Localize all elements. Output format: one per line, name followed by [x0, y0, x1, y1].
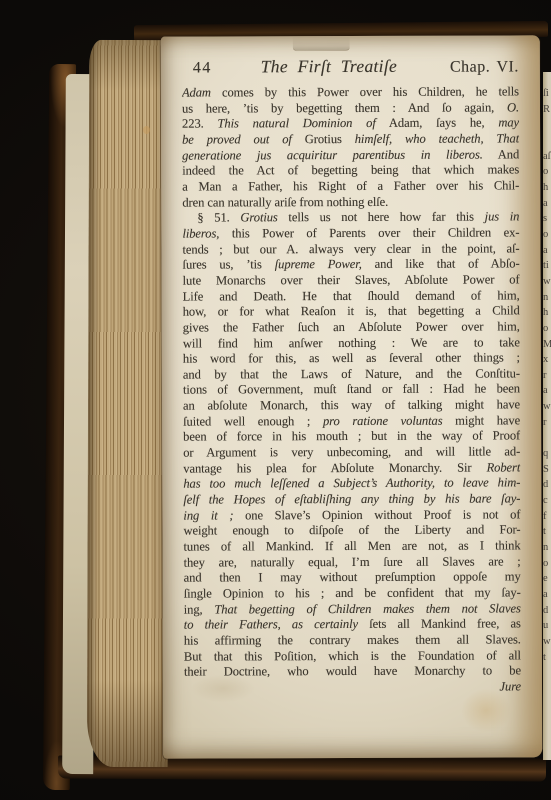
catchword: Jure [184, 679, 521, 696]
text-line: 223. This natural Dominion of Adam, ſays… [182, 116, 519, 133]
foxing-spot [143, 126, 150, 134]
edge-letter-fragment [543, 117, 551, 133]
italic-text-segment: jus in [485, 210, 520, 224]
text-segment: But that this Poſition, which is the Fou… [184, 648, 521, 663]
page-header: 44 The Firſt Treatiſe Chap. VI. [182, 55, 519, 77]
text-segment: ſingle Opinion to his ; and be confident… [184, 585, 521, 600]
book-page: 44 The Firſt Treatiſe Chap. VI. Adam com… [161, 35, 543, 758]
edge-letter-fragment: t [543, 650, 551, 666]
edge-letter-fragment: M [543, 337, 551, 353]
italic-text-segment: Adam [182, 85, 211, 99]
body-text: Adam comes by this Power over his Childr… [182, 84, 521, 696]
text-segment: Grotius [292, 132, 355, 146]
text-segment: been of force in his mouth ; but in the … [183, 429, 520, 444]
text-line: weight enough to diſpoſe of the Liberty … [183, 523, 520, 540]
text-line: been of force in his mouth ; but in the … [183, 429, 520, 446]
text-segment: Adam, ſays he, [376, 116, 499, 130]
edge-letter-fragment: a [543, 587, 551, 603]
edge-letter-fragment: x [543, 352, 551, 368]
text-line: Life and Death. He that ſhould demand of… [183, 288, 520, 305]
text-segment: or Argument is very unbecoming, and will… [183, 445, 520, 460]
text-line: his word for this, as well as ſeveral ot… [183, 351, 520, 368]
text-segment: indeed the Act of begetting being that w… [182, 163, 519, 178]
text-segment: a Man a Father, his Right of a Father ov… [182, 178, 519, 193]
edge-letter-fragment [543, 133, 551, 149]
text-line: or Argument is very unbecoming, and will… [183, 445, 520, 462]
italic-text-segment: Robert [487, 460, 521, 474]
running-title: The Firſt Treatiſe [212, 56, 450, 78]
text-line: liberos, this Power of Parents over thei… [182, 225, 519, 242]
text-segment: how, or for what Reaſon it is, that bege… [183, 304, 520, 319]
text-segment: lute Monarchs over their Slaves, Abſolut… [183, 272, 520, 287]
edge-letter-fragment [543, 430, 551, 446]
text-segment: and like that of Abſo- [362, 257, 520, 272]
edge-letter-fragment: o [543, 556, 551, 572]
edge-letter-fragment: c [543, 493, 551, 509]
edge-letter-fragment: r [543, 415, 551, 431]
edge-letter-fragment: S [543, 462, 551, 478]
text-line: ſingle Opinion to his ; and be confident… [184, 585, 521, 602]
italic-text-segment: be proved out of [182, 132, 292, 146]
edge-letter-fragment: q [543, 446, 551, 462]
text-line: dren can naturally ariſe from nothing el… [182, 194, 519, 211]
text-segment: comes by this Power over his Children, h… [211, 84, 519, 99]
text-segment: ſures us, ’tis [183, 257, 275, 271]
text-line: ſures us, ’tis ſupreme Power, and like t… [183, 257, 520, 274]
text-line: tends ; but our A. always very clear in … [182, 241, 519, 258]
italic-text-segment: himſelf, who teacheth, That [355, 131, 519, 146]
italic-text-segment: O. [507, 100, 519, 114]
text-line: ing, That begetting of Children makes th… [184, 601, 521, 618]
italic-text-segment: ſupreme Power, [275, 257, 362, 271]
text-segment: their Doctrine, who would have Monarchy … [184, 664, 521, 679]
text-line: us here, ’tis by begetting them : And ſo… [182, 100, 519, 117]
text-segment: vantage his plea for Abſolute Monarchy. … [183, 460, 486, 475]
edge-letter-fragment: h [543, 305, 551, 321]
edge-letter-fragment: ti [543, 258, 551, 274]
edge-letter-fragment: h [543, 180, 551, 196]
text-line: to their Fathers, as certainly ſets all … [184, 617, 521, 634]
text-segment: they are, naturally equal, I’m ſure all … [184, 554, 521, 569]
italic-text-segment: ing it ; [183, 508, 233, 522]
text-line: has too much leſſened a Subject’s Author… [183, 476, 520, 493]
italic-text-segment: generatione jus acquiritur parentibus in… [182, 147, 483, 162]
edge-letter-fragment: r [543, 368, 551, 384]
text-segment: his affirming the contrary makes them al… [184, 632, 521, 647]
text-segment: tends ; but our A. always very clear in … [182, 241, 519, 256]
text-segment: weight enough to diſpoſe of the Liberty … [183, 523, 520, 538]
text-line: But that this Poſition, which is the Fou… [184, 648, 521, 665]
edge-letter-fragment: w [543, 399, 551, 415]
italic-text-segment: liberos, [182, 226, 219, 240]
next-page-sliver: ſiRaſohasoatiwnhoMxrawrqSdcftnoeaduwt [543, 72, 551, 760]
text-segment: ſets all Mankind free, as [358, 617, 521, 632]
text-line: ing it ; one Slave’s Opinion without Pro… [183, 507, 520, 524]
text-segment: ſuited well enough ; [183, 414, 323, 428]
edge-letter-fragment: ſi [543, 86, 551, 102]
printed-content: 44 The Firſt Treatiſe Chap. VI. Adam com… [182, 35, 522, 758]
edge-letter-fragment: a [543, 243, 551, 259]
edge-letter-fragment: o [543, 227, 551, 243]
edge-letter-fragment: d [543, 603, 551, 619]
text-segment: dren can naturally ariſe from nothing el… [182, 194, 388, 209]
text-line: Adam comes by this Power over his Childr… [182, 84, 519, 101]
italic-text-segment: to their Fathers, as certainly [184, 617, 358, 632]
text-segment: his word for this, as well as ſeveral ot… [183, 351, 520, 366]
italic-text-segment: This natural Dominion of [217, 116, 375, 131]
text-segment: will find him anſwer nothing : We are to… [183, 335, 520, 350]
text-segment: might have [442, 413, 520, 427]
text-segment: and by that the Laws of Nature, and the … [183, 366, 520, 381]
text-line: and then I may without preſumption oppoſ… [184, 570, 521, 587]
text-line: how, or for what Reaſon it is, that bege… [183, 304, 520, 321]
text-segment: Life and Death. He that ſhould demand of… [183, 288, 520, 303]
text-line: § 51. Grotius tells us not here how far … [182, 210, 519, 227]
chapter-label: Chap. VI. [450, 58, 519, 76]
text-segment: And [483, 147, 519, 161]
edge-letter-fragment: n [543, 540, 551, 556]
text-segment: tions of Government, muſt ſtand or fall … [183, 382, 520, 397]
italic-text-segment: may [498, 116, 519, 130]
edge-letter-fragment: aſ [543, 149, 551, 165]
italic-text-segment: ſelf the Hopes of eſtabliſhing any thing… [183, 491, 520, 506]
text-line: they are, naturally equal, I’m ſure all … [184, 554, 521, 571]
italic-text-segment: That begetting of Children makes them no… [214, 601, 520, 616]
italic-text-segment: pro ratione voluntas [323, 413, 443, 427]
edge-letter-fragment: w [543, 634, 551, 650]
edge-letter-fragment: R [543, 102, 551, 118]
text-line: lute Monarchs over their Slaves, Abſolut… [183, 272, 520, 289]
text-segment: tunes of all Mankind. If all Men are not… [183, 538, 520, 553]
italic-text-segment: Grotius [240, 211, 277, 225]
edge-letter-fragment: e [543, 571, 551, 587]
edge-letter-fragment: w [543, 274, 551, 290]
text-segment: this Power of Parents over their Childre… [219, 225, 519, 240]
text-line: ſelf the Hopes of eſtabliſhing any thing… [183, 491, 520, 508]
text-line: and by that the Laws of Nature, and the … [183, 366, 520, 383]
edge-letter-fragment: t [543, 524, 551, 540]
edge-letter-fragment: f [543, 509, 551, 525]
edge-letter-fragment: u [543, 618, 551, 634]
edge-letter-fragment: s [543, 211, 551, 227]
text-segment: tells us not here how far this [278, 210, 485, 225]
page-number: 44 [182, 59, 212, 77]
edge-letter-fragment: n [543, 290, 551, 306]
text-line: their Doctrine, who would have Monarchy … [184, 664, 521, 681]
text-line: tions of Government, muſt ſtand or fall … [183, 382, 520, 399]
text-segment: one Slave’s Opinion without Proof is not… [233, 507, 520, 522]
text-segment: and then I may without preſumption oppoſ… [184, 570, 521, 585]
page-edge-stack [87, 40, 171, 767]
text-line: an abſolute Monarch, this way of talking… [183, 398, 520, 415]
text-line: will find him anſwer nothing : We are to… [183, 335, 520, 352]
text-segment: ing, [184, 602, 215, 616]
edge-letter-fragment: d [543, 477, 551, 493]
edge-letter-fragment: a [543, 383, 551, 399]
text-segment: gives the Father ſuch an Abſolute Power … [183, 319, 520, 334]
text-line: his affirming the contrary makes them al… [184, 632, 521, 649]
edge-letter-fragment: a [543, 196, 551, 212]
text-segment: us here, ’tis by begetting them : And ſo… [182, 100, 507, 115]
next-page-text-fragments: ſiRaſohasoatiwnhoMxrawrqSdcftnoeaduwt [543, 86, 551, 681]
text-line: be proved out of Grotius himſelf, who te… [182, 131, 519, 148]
text-segment: an abſolute Monarch, this way of talking… [183, 398, 520, 413]
text-line: indeed the Act of begetting being that w… [182, 163, 519, 180]
text-line: gives the Father ſuch an Abſolute Power … [183, 319, 520, 336]
text-line: tunes of all Mankind. If all Men are not… [183, 538, 520, 555]
text-segment: 223. [182, 117, 218, 131]
text-line: generatione jus acquiritur parentibus in… [182, 147, 519, 164]
text-line: vantage his plea for Abſolute Monarchy. … [183, 460, 520, 477]
edge-letter-fragment: o [543, 164, 551, 180]
edge-letter-fragment [543, 665, 551, 681]
italic-text-segment: has too much leſſened a Subject’s Author… [183, 476, 520, 491]
text-line: ſuited well enough ; pro ratione volunta… [183, 413, 520, 430]
edge-letter-fragment: o [543, 321, 551, 337]
text-line: a Man a Father, his Right of a Father ov… [182, 178, 519, 195]
book-scan-scene: 44 The Firſt Treatiſe Chap. VI. Adam com… [0, 0, 551, 800]
text-segment: § 51. [197, 211, 240, 225]
